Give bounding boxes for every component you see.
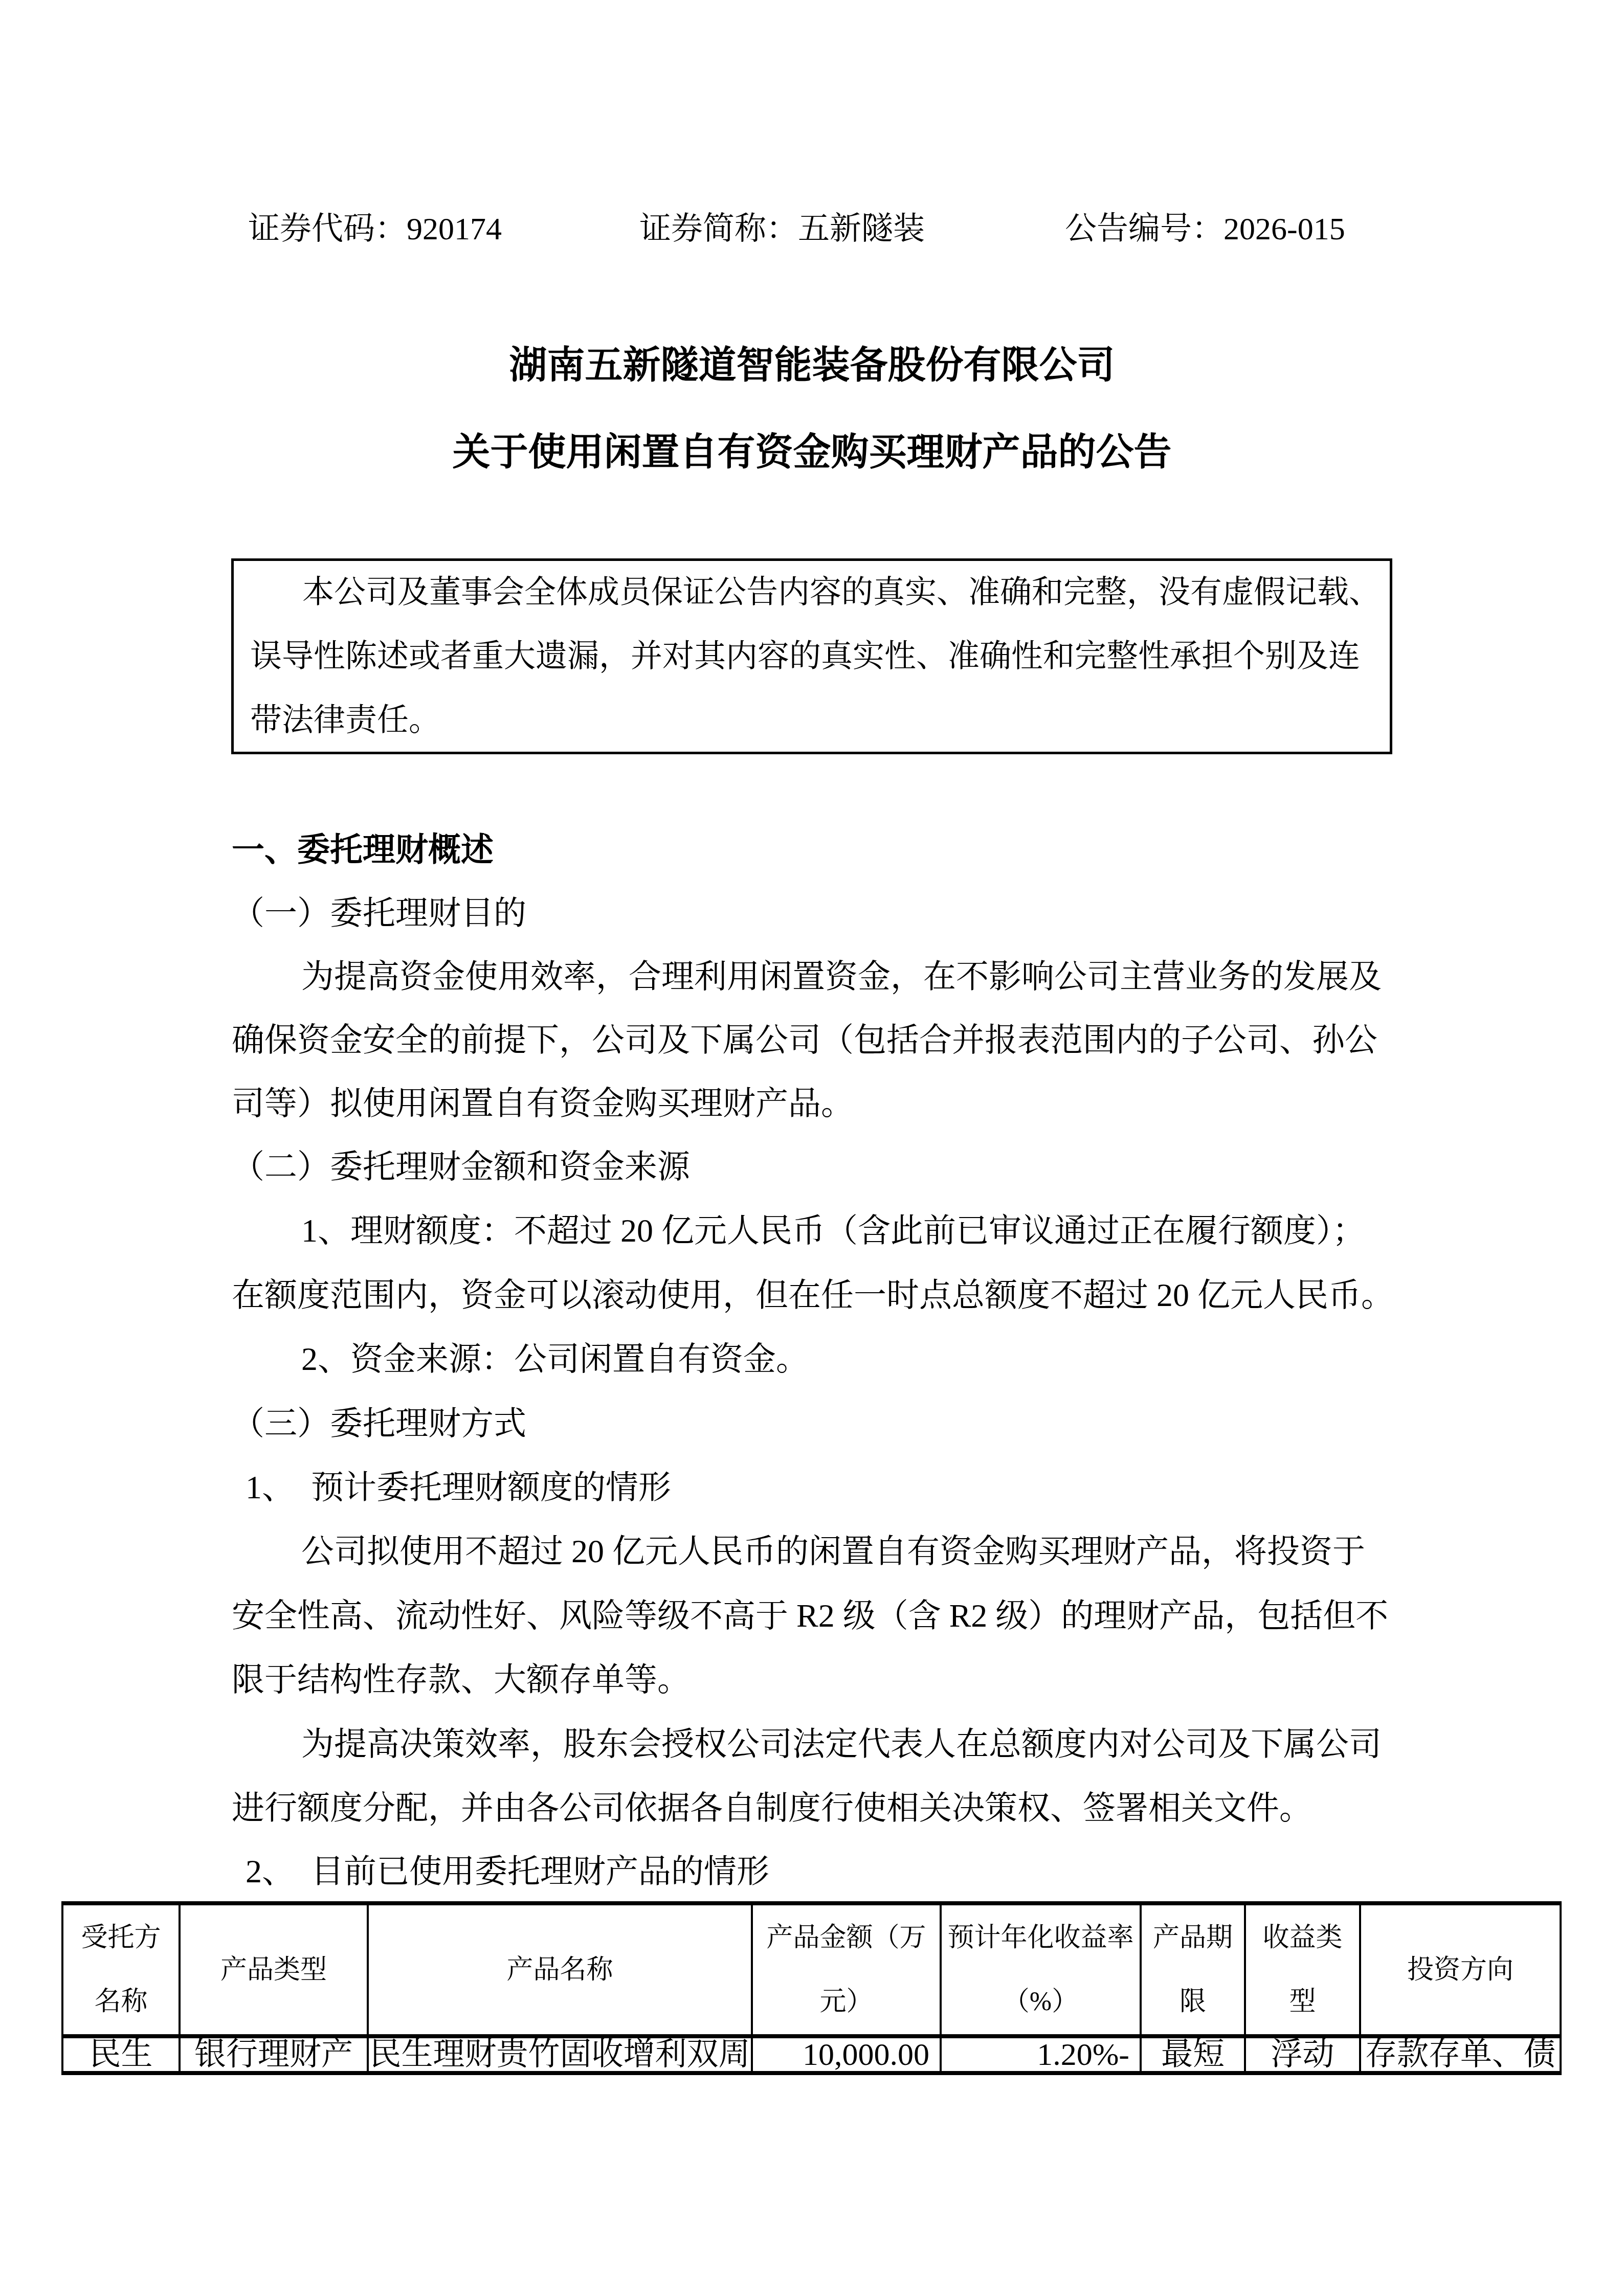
header-cell-term: 产品期 限 (1141, 1903, 1245, 2036)
body-line: 确保资金安全的前提下，公司及下属公司（包括合并报表范围内的子公司、孙公 (232, 1024, 1377, 1056)
body-line: （二）委托理财金额和资金来源 (232, 1151, 690, 1183)
body-line: 2、 目前已使用委托理财产品的情形 (246, 1855, 769, 1888)
disclaimer-line: 带法律责任。 (250, 689, 1390, 753)
cell-yield: 1.20%- (941, 2036, 1141, 2073)
wealth-products-table: 受托方 名称 产品类型 产品名称 产品金额（万 元） 预计年化收益率 （%） 产… (61, 1901, 1562, 2075)
disclaimer-box: 本公司及董事会全体成员保证公告内容的真实、准确和完整，没有虚假记载、 误导性陈述… (231, 558, 1392, 754)
cell-income-type: 浮动 (1245, 2036, 1360, 2073)
body-line: （三）委托理财方式 (232, 1407, 526, 1440)
body-line: 1、 预计委托理财额度的情形 (246, 1471, 671, 1504)
cell-amount: 10,000.00 (752, 2036, 941, 2073)
header-cell-product-name: 产品名称 (368, 1903, 752, 2036)
table-header-row: 受托方 名称 产品类型 产品名称 产品金额（万 元） 预计年化收益率 （%） 产… (62, 1903, 1561, 2036)
body-line: 在额度范围内，资金可以滚动使用，但在任一时点总额度不超过 20 亿元人民币。 (232, 1279, 1394, 1312)
announcement-page: { "document": { "info_line": { "stock_co… (0, 0, 1624, 2296)
cell-product-name: 民生理财贵竹固收增利双周 (368, 2036, 752, 2073)
body-line: 为提高资金使用效率，合理利用闲置资金，在不影响公司主营业务的发展及 (301, 960, 1382, 993)
section-heading: 一、委托理财概述 (232, 834, 494, 866)
company-title: 湖南五新隧道智能装备股份有限公司 (0, 347, 1624, 385)
body-line: 进行额度分配，并由各公司依据各自制度行使相关决策权、签署相关文件。 (232, 1792, 1312, 1825)
body-line: 公司拟使用不超过 20 亿元人民币的闲置自有资金购买理财产品，将投资于 (301, 1535, 1365, 1568)
cell-term: 最短 (1141, 2036, 1245, 2073)
header-cell-yield: 预计年化收益率 （%） (941, 1903, 1141, 2036)
cell-product-type: 银行理财产 (180, 2036, 368, 2073)
stock-code-label: 证券代码：920174 (248, 213, 502, 245)
header-cell-direction: 投资方向 (1360, 1903, 1561, 2036)
cell-direction: 存款存单、债 (1360, 2036, 1561, 2073)
disclaimer-line: 本公司及董事会全体成员保证公告内容的真实、准确和完整，没有虚假记载、 (250, 561, 1390, 625)
body-line: 限于结构性存款、大额存单等。 (232, 1663, 690, 1696)
body-line: 1、理财额度：不超过 20 亿元人民币（含此前已审议通过正在履行额度）； (301, 1214, 1365, 1247)
disclaimer-line: 误导性陈述或者重大遗漏，并对其内容的真实性、准确性和完整性承担个别及连 (250, 625, 1390, 689)
header-cell-income-type: 收益类 型 (1245, 1903, 1360, 2036)
cell-trustee: 民生 (62, 2036, 180, 2073)
header-cell-trustee: 受托方 名称 (62, 1903, 180, 2036)
body-line: 为提高决策效率，股东会授权公司法定代表人在总额度内对公司及下属公司 (301, 1728, 1382, 1761)
announcement-title: 关于使用闲置自有资金购买理财产品的公告 (0, 434, 1624, 471)
body-line: 2、资金来源：公司闲置自有资金。 (301, 1343, 809, 1376)
announcement-no-label: 公告编号：2026-015 (1065, 213, 1345, 245)
body-line: 司等）拟使用闲置自有资金购买理财产品。 (232, 1087, 854, 1120)
header-cell-product-type: 产品类型 (180, 1903, 368, 2036)
header-cell-amount: 产品金额（万 元） (752, 1903, 941, 2036)
stock-name-label: 证券简称：五新隧装 (639, 213, 925, 245)
body-line: （一）委托理财目的 (232, 897, 526, 930)
table-row: 民生 银行理财产 民生理财贵竹固收增利双周 10,000.00 1.20%- 最… (62, 2036, 1561, 2073)
body-line: 安全性高、流动性好、风险等级不高于 R2 级（含 R2 级）的理财产品，包括但不 (232, 1600, 1388, 1632)
